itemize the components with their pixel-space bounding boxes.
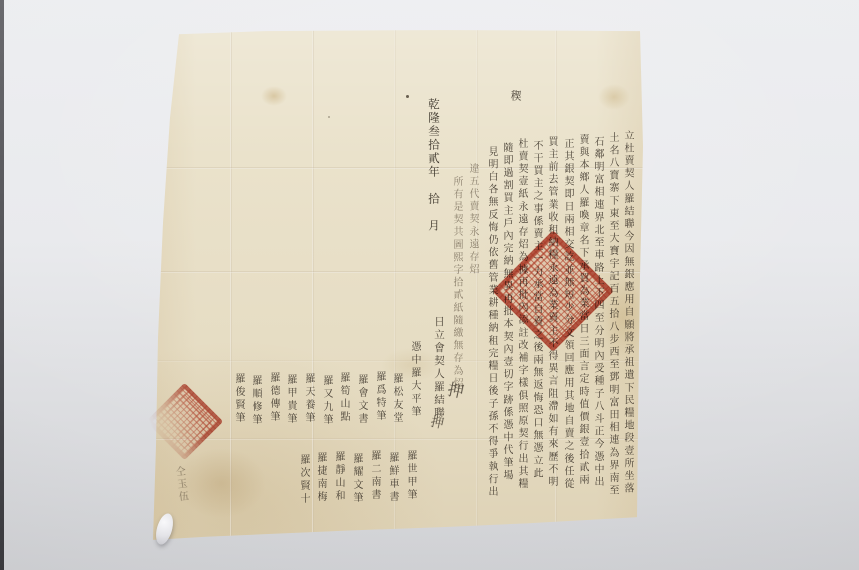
witness-name: 羅爲特筆 [373,371,387,423]
side-note-column-2: 所有是契共圖熙字拾貳紙隨繳無存為炤 [450,176,464,390]
witness-name: 憑中羅大平筆 [408,341,422,419]
text-column-10: 見明白各無反悔仍依舊管業耕種納租完糧日後子孫不得爭執行出 [485,146,499,499]
side-note-column-1: 違五代賣契永遠存炤 [466,163,480,276]
witness-name: 羅松友堂 [390,373,404,425]
witness-name: 羅次賢十 [297,454,311,506]
witness-name: 羅筍山點 [337,372,351,424]
witness-name: 羅俊賢筆 [232,373,246,425]
witness-name: 羅又九筆 [320,375,334,427]
witness-name: 羅德傳筆 [267,372,281,424]
text-column-9: 隨即過割買主戶內完納無異再批本契內壹切字跡係憑中代筆場 [500,142,514,482]
date-column: 乾隆叁拾貳年 拾 月 [428,98,442,233]
fold-crease-vertical [476,28,478,544]
stain [261,86,287,106]
top-annotation-character: 稧 [509,90,523,104]
text-column-2: 土名八寶寨下東至大寶宇記百五拾八步西至鄧明富田相連為界南至 [606,132,620,497]
photo-of-document: 稧 立杜賣契人羅結聯今因無銀應用自願將承祖遺下民糧地段壹所坐落 土名八寶寨下東至… [0,0,859,570]
image-left-edge [0,0,4,570]
stain [176,448,266,518]
stain [598,84,630,110]
witness-name: 羅靜山和 [332,451,346,503]
witness-name: 羅鮮車書 [386,452,400,504]
text-column-3: 石鄰明富相連界北至車路上下四至分明內受種子八斗正今憑中出 [591,136,605,489]
witness-name: 羅會文書 [355,374,369,426]
witness-name: 羅耀文筆 [350,453,364,505]
witness-name: 羅甲貴筆 [284,374,298,426]
witness-name: 羅天養筆 [302,373,316,425]
closing-line: 日立會契人羅結聯 [433,316,447,420]
witness-name: 羅世甲筆 [404,450,418,502]
witness-name: 羅二南書 [368,450,382,502]
text-column-1: 立杜賣契人羅結聯今因無銀應用自願將承祖遺下民糧地段壹所坐落 [621,130,635,495]
ink-speck [328,116,330,118]
witness-name: 羅順修筆 [249,375,263,427]
ink-speck [406,95,409,98]
witness-name: 羅捷南梅 [314,452,328,504]
